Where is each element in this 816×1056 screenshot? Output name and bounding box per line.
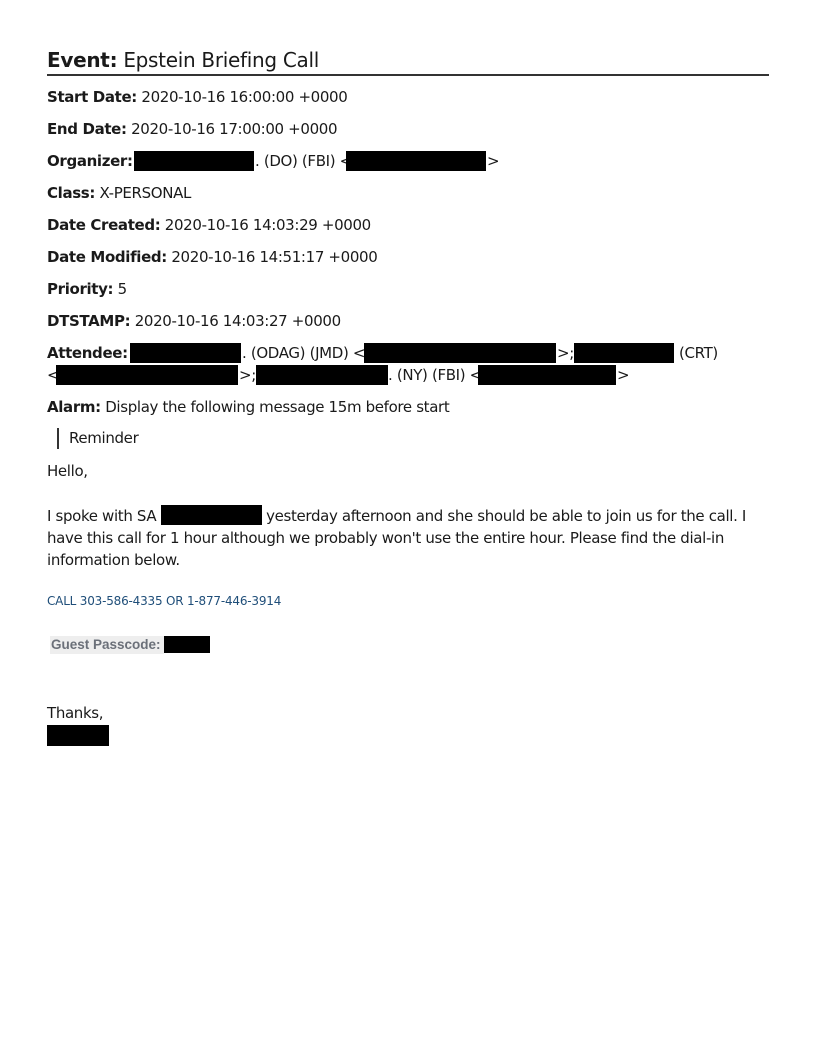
date-created-field: Date Created: 2020-10-16 14:03:29 +0000 (47, 215, 371, 235)
event-label: Event: (47, 48, 117, 72)
attendee-label: Attendee: (47, 344, 128, 362)
organizer-field: Organizer: (47, 151, 133, 171)
attendee-field: Attendee: (47, 343, 128, 363)
redaction-attendee-3-email (478, 365, 616, 385)
attendee-1-suffix: . (ODAG) (JMD) < (242, 343, 365, 363)
date-modified-value: 2020-10-16 14:51:17 +0000 (171, 248, 377, 266)
date-created-label: Date Created: (47, 216, 160, 234)
start-date-field: Start Date: 2020-10-16 16:00:00 +0000 (47, 87, 347, 107)
attendee-3-suffix: . (NY) (FBI) < (388, 365, 482, 385)
redaction-attendee-1-email (364, 343, 556, 363)
redaction-attendee-1-name (130, 343, 241, 363)
priority-value: 5 (118, 280, 127, 298)
redaction-attendee-3-name (256, 365, 388, 385)
event-title: Epstein Briefing Call (123, 48, 319, 72)
date-modified-field: Date Modified: 2020-10-16 14:51:17 +0000 (47, 247, 377, 267)
redaction-organizer-name (134, 151, 254, 171)
class-field: Class: X-PERSONAL (47, 183, 191, 203)
start-date-value: 2020-10-16 16:00:00 +0000 (141, 88, 347, 106)
guest-passcode-row: Guest Passcode: (50, 636, 210, 654)
redaction-attendee-2-name (574, 343, 674, 363)
dtstamp-label: DTSTAMP: (47, 312, 130, 330)
guest-passcode-label: Guest Passcode: (50, 636, 164, 654)
redaction-signature (47, 725, 109, 746)
dial-in-numbers: CALL 303-586-4335 OR 1-877-446-3914 (47, 592, 281, 610)
class-label: Class: (47, 184, 95, 202)
redaction-attendee-2-email (56, 365, 238, 385)
redaction-guest-passcode (164, 636, 210, 653)
body-paragraph: I spoke with SA yesterday afternoon and … (47, 505, 772, 571)
redaction-sa-name (161, 505, 262, 525)
attendee-2-suffix: (CRT) (679, 343, 718, 363)
start-date-label: Start Date: (47, 88, 137, 106)
organizer-label: Organizer: (47, 152, 133, 170)
organizer-close: > (487, 151, 499, 171)
organizer-suffix: . (DO) (FBI) < (255, 151, 352, 171)
event-title-header: Event: Epstein Briefing Call (47, 47, 769, 76)
body-paragraph-prefix: I spoke with SA (47, 507, 156, 525)
attendee-close: > (617, 365, 629, 385)
date-modified-label: Date Modified: (47, 248, 167, 266)
class-value: X-PERSONAL (99, 184, 191, 202)
priority-label: Priority: (47, 280, 113, 298)
alarm-label: Alarm: (47, 398, 101, 416)
end-date-value: 2020-10-16 17:00:00 +0000 (131, 120, 337, 138)
alarm-value: Display the following message 15m before… (105, 398, 449, 416)
dtstamp-value: 2020-10-16 14:03:27 +0000 (135, 312, 341, 330)
greeting: Hello, (47, 461, 88, 481)
alarm-field: Alarm: Display the following message 15m… (47, 397, 449, 417)
date-created-value: 2020-10-16 14:03:29 +0000 (165, 216, 371, 234)
end-date-field: End Date: 2020-10-16 17:00:00 +0000 (47, 119, 337, 139)
closing: Thanks, (47, 703, 103, 723)
priority-field: Priority: 5 (47, 279, 127, 299)
attendee-separator-2: >; (239, 365, 256, 385)
alarm-message-quote: Reminder (57, 428, 138, 449)
redaction-organizer-email (346, 151, 486, 171)
end-date-label: End Date: (47, 120, 127, 138)
dtstamp-field: DTSTAMP: 2020-10-16 14:03:27 +0000 (47, 311, 341, 331)
attendee-separator-1: >; (557, 343, 574, 363)
